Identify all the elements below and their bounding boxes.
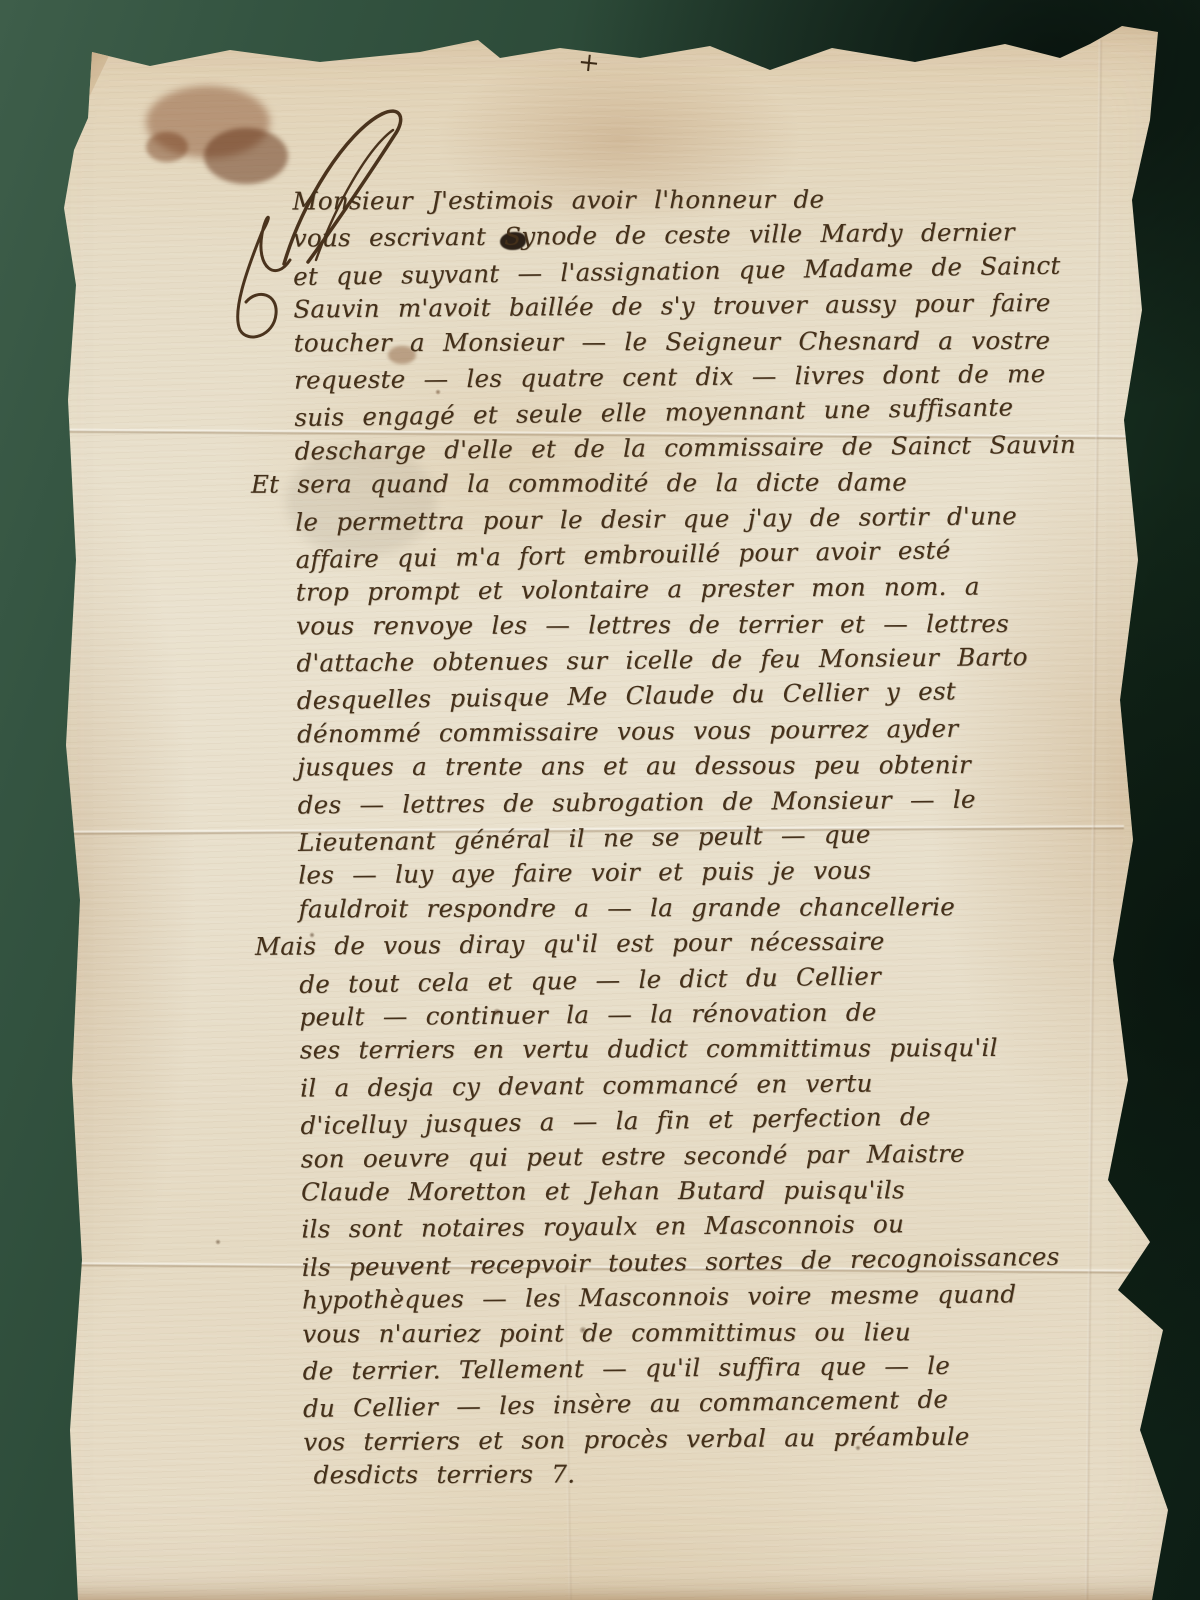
manuscript-photo: + Monsieur J'estimois avoir l'honneur de… <box>0 0 1200 1600</box>
paper-edge-shading <box>0 0 1200 1600</box>
manuscript-page: + Monsieur J'estimois avoir l'honneur de… <box>0 0 1200 1600</box>
